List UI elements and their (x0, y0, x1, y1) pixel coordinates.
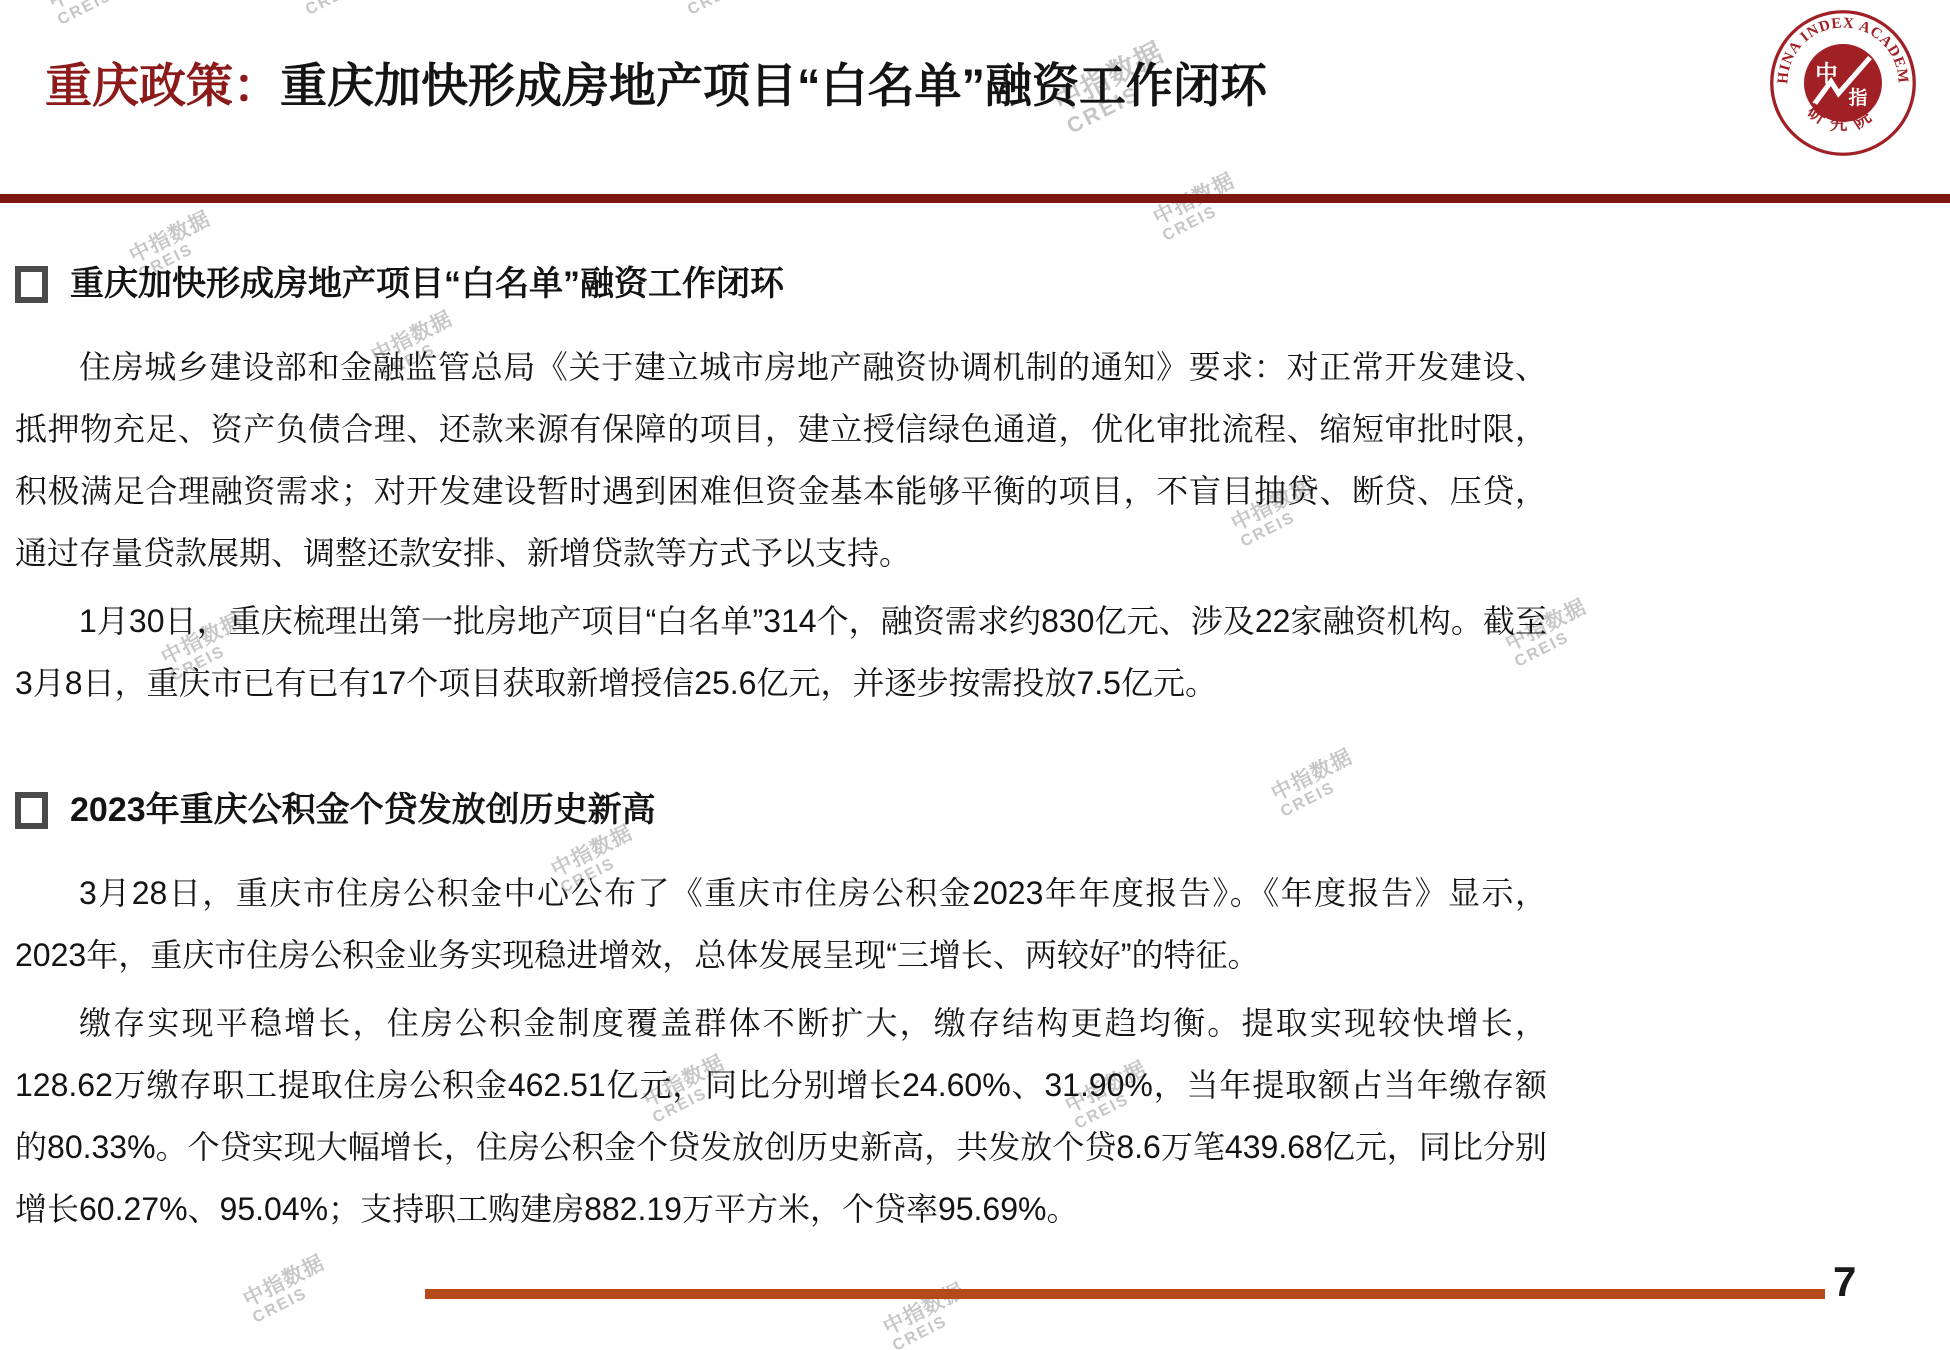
slide: 中指数据CREIS中指数据CREIS中指数据CREIS中指数据CREIS中指数据… (0, 0, 1950, 1350)
square-bullet-icon (15, 266, 48, 303)
page-number: 7 (1833, 1258, 1856, 1306)
china-index-academy-logo: CHINA INDEX ACADEMY 中 指 研究院 (1768, 8, 1918, 158)
watermark: 中指数据CREIS (240, 1252, 336, 1327)
paragraph-fund-stats: 缴存实现平稳增长，住房公积金制度覆盖群体不断扩大，缴存结构更趋均衡。提取实现较快… (15, 992, 1547, 1240)
watermark: 中指数据CREIS (1150, 170, 1246, 245)
title-prefix: 重庆政策： (45, 59, 280, 112)
title-divider-rule (0, 194, 1950, 203)
footer-rule (425, 1289, 1825, 1299)
paragraph-fund-report: 3月28日，重庆市住房公积金中心公布了《重庆市住房公积金2023年年度报告》。《… (15, 862, 1547, 986)
paragraph-whitelist-policy: 住房城乡建设部和金融监管总局《关于建立城市房地产融资协调机制的通知》要求：对正常… (15, 336, 1547, 584)
paragraph-whitelist-progress: 1月30日，重庆梳理出第一批房地产项目“白名单”314个，融资需求约830亿元、… (15, 590, 1547, 714)
watermark: 中指数据CREIS (293, 0, 389, 20)
section-heading-text: 2023年重庆公积金个贷发放创历史新高 (70, 788, 656, 832)
section-heading-fund: 2023年重庆公积金个贷发放创历史新高 (15, 788, 1547, 832)
seal-char-zhong: 中 (1815, 62, 1838, 87)
page-title: 重庆政策：重庆加快形成房地产项目“白名单”融资工作闭环 (45, 56, 1267, 116)
square-bullet-icon (15, 792, 48, 829)
section-heading-text: 重庆加快形成房地产项目“白名单”融资工作闭环 (70, 262, 784, 306)
seal-char-zhi: 指 (1849, 86, 1868, 108)
content-area: 重庆加快形成房地产项目“白名单”融资工作闭环 住房城乡建设部和金融监管总局《关于… (15, 262, 1547, 1246)
section-heading-whitelist: 重庆加快形成房地产项目“白名单”融资工作闭环 (15, 262, 1547, 306)
watermark: 中指数据CREIS (45, 0, 141, 30)
title-main: 重庆加快形成房地产项目“白名单”融资工作闭环 (280, 59, 1267, 112)
watermark: 中指数据CREIS (675, 0, 771, 20)
